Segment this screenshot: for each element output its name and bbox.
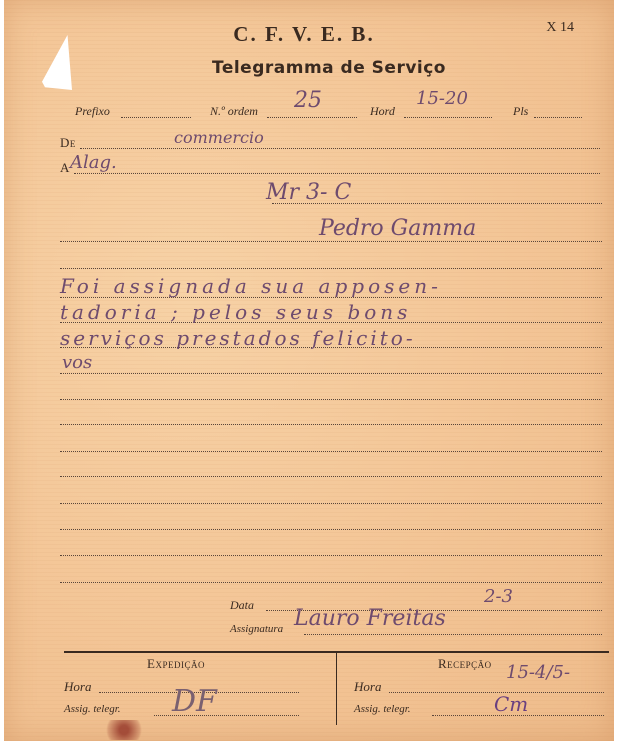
hora-label: Hord <box>370 104 395 119</box>
recepcao-assig-value: Cm <box>494 692 528 716</box>
ordem-field[interactable] <box>267 117 357 118</box>
a-value: Alag. <box>70 152 117 173</box>
hora-field[interactable] <box>404 117 492 118</box>
body-line[interactable] <box>60 241 602 242</box>
assinatura-label: Assignatura <box>230 623 283 635</box>
a-field[interactable] <box>74 173 600 174</box>
de-field[interactable] <box>80 148 600 149</box>
body-line[interactable] <box>60 529 602 530</box>
recepcao-hora-value: 15-4/5- <box>506 662 570 683</box>
ink-stamp <box>104 720 144 740</box>
body-line[interactable] <box>60 476 602 477</box>
form-title: Telegramma de Serviço <box>4 58 638 78</box>
body-text-line: Pedro Gamma <box>319 216 476 241</box>
body-line[interactable] <box>60 424 602 425</box>
form-code: X 14 <box>546 20 574 36</box>
recepcao-assig-label: Assig. telegr. <box>354 703 411 715</box>
pls-field[interactable] <box>534 117 582 118</box>
recepcao-heading: Recepção <box>438 656 492 672</box>
ordem-value: 25 <box>294 88 322 113</box>
body-line[interactable] <box>60 582 602 583</box>
de-label: De <box>60 135 76 151</box>
body-text-line: serviços prestados felicito- <box>60 326 416 350</box>
expedicao-assig-value: DF <box>172 684 217 719</box>
data-label: Data <box>230 598 254 613</box>
body-line[interactable] <box>60 503 602 504</box>
body-line[interactable] <box>60 555 602 556</box>
expedicao-hora-label: Hora <box>64 679 91 695</box>
assinatura-field[interactable] <box>304 634 602 635</box>
ordem-label: N.º ordem <box>210 104 258 119</box>
a-label: A <box>60 160 70 176</box>
de-value: commercio <box>174 128 264 147</box>
body-line[interactable] <box>60 451 602 452</box>
body-text-line: tadoria ; pelos seus bons <box>60 300 411 324</box>
recepcao-hora-label: Hora <box>354 679 381 695</box>
hora-value: 15-20 <box>416 88 468 109</box>
telegram-form: C. F. V. E. B. X 14 Telegramma de Serviç… <box>4 0 614 741</box>
body-line[interactable] <box>60 399 602 400</box>
assinatura-value: Lauro Freitas <box>294 606 446 631</box>
body-text-line: vos <box>62 352 92 373</box>
expedicao-assig-label: Assig. telegr. <box>64 703 121 715</box>
data-value: 2-3 <box>484 586 513 607</box>
body-line[interactable] <box>60 268 602 269</box>
body-text-line: Foi assignada sua apposen- <box>60 274 442 298</box>
expedicao-heading: Expedição <box>147 656 205 672</box>
prefixo-field[interactable] <box>121 117 191 118</box>
company-title: C. F. V. E. B. <box>4 22 604 47</box>
body-line[interactable] <box>60 373 602 374</box>
column-divider <box>336 653 337 725</box>
prefixo-label: Prefixo <box>75 104 110 119</box>
pls-label: Pls <box>513 104 528 119</box>
body-text-line: Mr 3- C <box>266 180 351 205</box>
